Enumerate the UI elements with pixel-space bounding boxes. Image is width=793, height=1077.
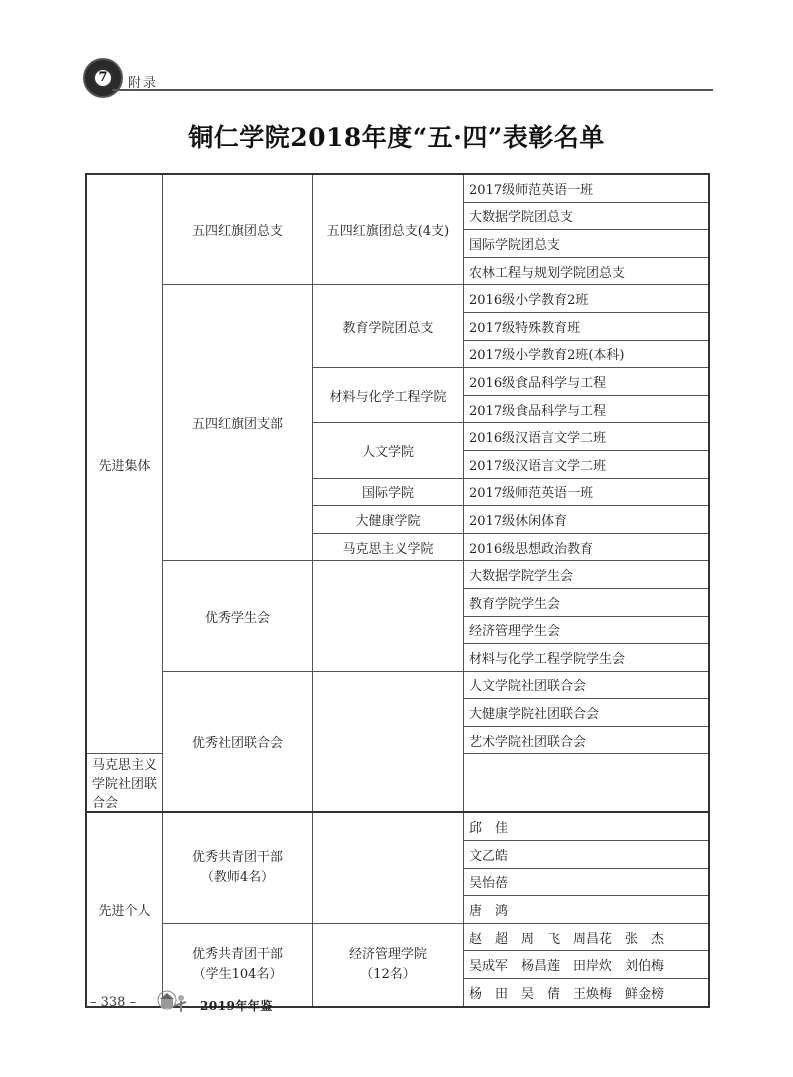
entry-cell: 吴怡蓓: [464, 868, 710, 896]
entry-cell: 2016级汉语言文学二班: [464, 423, 710, 451]
entry-cell: 2016级小学教育2班: [464, 285, 710, 313]
award-cell: 优秀社团联合会: [163, 671, 313, 812]
award-note: （学生104名）: [163, 965, 312, 985]
header-divider: [112, 89, 713, 91]
entry-cell: 国际学院团总支: [464, 230, 710, 258]
table-row: 先进集体 五四红旗团总支 五四红旗团总支(4支) 2017级师范英语一班: [86, 174, 709, 202]
unit-cell: 马克思主义学院: [313, 533, 464, 561]
entry-cell: 2017级汉语言文学二班: [464, 450, 710, 478]
entry-cell: 经济管理学生会: [464, 616, 710, 644]
unit-title: 经济管理学院: [313, 945, 463, 965]
entry-cell: 大数据学院学生会: [464, 561, 710, 589]
entry-cell: 文乙皓: [464, 841, 710, 869]
unit-cell: 教育学院团总支: [313, 285, 464, 368]
award-cell: 五四红旗团总支: [163, 174, 313, 285]
award-cell: 优秀学生会: [163, 561, 313, 671]
logo-glyph: 7: [95, 70, 111, 86]
table-row: 五四红旗团支部 教育学院团总支 2016级小学教育2班: [86, 285, 709, 313]
entry-cell: 2016级食品科学与工程: [464, 368, 710, 396]
entry-cell: 教育学院学生会: [464, 588, 710, 616]
entry-cell: 2017级特殊教育班: [464, 312, 710, 340]
entry-cell: 大健康学院社团联合会: [464, 699, 710, 727]
university-logo: 7: [83, 58, 123, 98]
unit-cell: [313, 561, 464, 671]
entry-cell: 2017级小学教育2班(本科): [464, 340, 710, 368]
entry-cell: 2017级休闲体育: [464, 506, 710, 534]
category-cell: 先进集体: [86, 174, 163, 754]
unit-cell: 五四红旗团总支(4支): [313, 174, 464, 285]
entry-cell: 农林工程与规划学院团总支: [464, 257, 710, 285]
entry-cell: 2016级思想政治教育: [464, 533, 710, 561]
entry-cell: 艺术学院社团联合会: [464, 726, 710, 754]
award-cell: 优秀共青团干部 （教师4名）: [163, 812, 313, 923]
mascot-icon: [157, 990, 187, 1016]
table-row: 先进个人 优秀共青团干部 （教师4名） 邱 佳: [86, 812, 709, 840]
table-row: 优秀学生会 大数据学院学生会: [86, 561, 709, 589]
entry-cell: 马克思主义学院社团联合会: [86, 754, 163, 813]
entry-cell: 2017级师范英语一班: [464, 174, 710, 202]
unit-cell: 大健康学院: [313, 506, 464, 534]
unit-note: （12名）: [313, 965, 463, 985]
category-cell: 先进个人: [86, 812, 163, 1006]
entry-cell: 2017级食品科学与工程: [464, 395, 710, 423]
award-title: 优秀共青团干部: [163, 945, 312, 965]
entry-cell: 唐 鸿: [464, 896, 710, 924]
unit-cell: [313, 671, 464, 812]
entry-cell: 吴成军 杨昌莲 田岸炊 刘伯梅: [464, 951, 710, 979]
unit-cell: 人文学院: [313, 423, 464, 478]
unit-cell: 国际学院: [313, 478, 464, 506]
unit-cell: [313, 812, 464, 923]
entry-cell: 2017级师范英语一班: [464, 478, 710, 506]
award-note: （教师4名）: [163, 868, 312, 888]
unit-cell: 经济管理学院 （12名）: [313, 923, 464, 1006]
entry-cell: 杨 田 吴 倩 王焕梅 鲜金榜: [464, 979, 710, 1007]
table-row: 优秀社团联合会 人文学院社团联合会: [86, 671, 709, 699]
yearbook-label: 2019年年鉴: [200, 997, 273, 1014]
entry-cell: 大数据学院团总支: [464, 202, 710, 230]
table-row: 优秀共青团干部 （学生104名） 经济管理学院 （12名） 赵 超 周 飞 周昌…: [86, 923, 709, 951]
entry-cell: 材料与化学工程学院学生会: [464, 644, 710, 672]
entry-cell: 赵 超 周 飞 周昌花 张 杰: [464, 923, 710, 951]
awards-table: 先进集体 五四红旗团总支 五四红旗团总支(4支) 2017级师范英语一班 大数据…: [85, 173, 710, 1008]
award-title: 优秀共青团干部: [163, 848, 312, 868]
page-number: – 338 –: [90, 995, 136, 1010]
page-title: 铜仁学院2018年度“五·四”表彰名单: [0, 118, 793, 154]
award-cell: 五四红旗团支部: [163, 285, 313, 561]
entry-cell: 邱 佳: [464, 812, 710, 840]
unit-cell: 材料与化学工程学院: [313, 368, 464, 423]
entry-cell: 人文学院社团联合会: [464, 671, 710, 699]
